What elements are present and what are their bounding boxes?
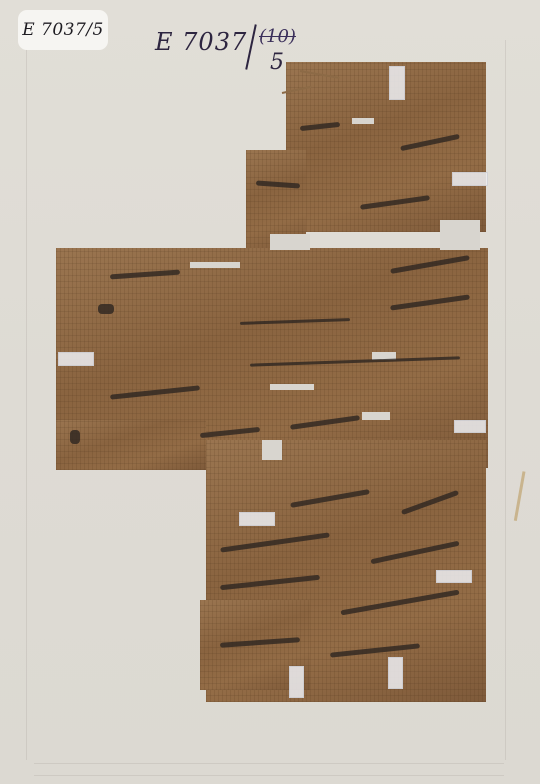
papyrus-hole	[262, 440, 282, 460]
papyrus-upper-section	[286, 62, 486, 232]
papyrus-hole	[362, 412, 390, 420]
glass-edge-right	[505, 40, 506, 760]
inventory-sticker: E 7037/5	[18, 10, 108, 50]
mounting-tape	[58, 352, 94, 366]
mounting-tape	[239, 512, 275, 526]
mounting-tape	[436, 570, 472, 583]
mounting-tape	[388, 657, 403, 689]
handwritten-crossed-number: (10)	[259, 26, 296, 47]
glass-edge-bottom-outer	[34, 775, 504, 776]
papyrus-hole	[190, 262, 240, 268]
papyrus-hole	[270, 384, 314, 390]
handwritten-denominator: 5	[270, 50, 284, 75]
mounting-tape	[289, 666, 304, 698]
papyrus-hole	[352, 118, 374, 124]
papyrus-lower-left-section	[56, 420, 206, 470]
mounting-tape	[454, 420, 486, 433]
papyrus-hole	[270, 234, 310, 250]
sticker-label: E 7037/5	[22, 20, 104, 40]
script-stroke	[98, 304, 114, 314]
mounting-tape	[389, 66, 405, 100]
handwritten-number: E 7037	[155, 28, 247, 56]
glass-edge-bottom	[34, 763, 504, 764]
papyrus-hole	[440, 220, 480, 250]
handwritten-inventory-label: E 7037 (10) 5	[155, 28, 247, 56]
mounting-tape	[452, 172, 488, 186]
script-stroke	[70, 430, 80, 444]
glass-edge-left	[26, 40, 27, 760]
